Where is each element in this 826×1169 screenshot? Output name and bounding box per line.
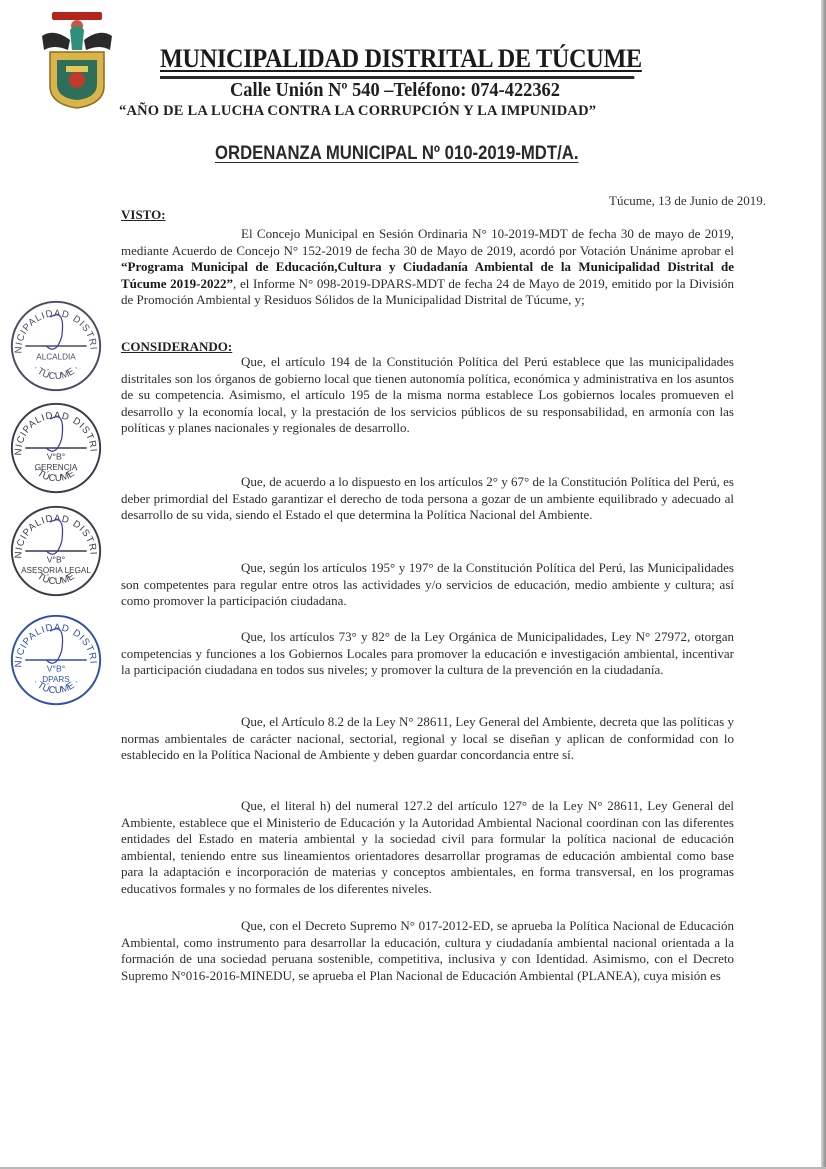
visto-paragraph: El Concejo Municipal en Sesión Ordinaria… bbox=[121, 226, 734, 309]
ordinance-title: ORDENANZA MUNICIPAL Nº 010-2019-MDT/A. bbox=[215, 143, 578, 165]
considerando-heading: CONSIDERANDO: bbox=[121, 339, 232, 355]
visto-text-1: El Concejo Municipal en Sesión Ordinaria… bbox=[121, 226, 734, 258]
coat-of-arms-icon bbox=[40, 10, 114, 110]
svg-text:DPARS: DPARS bbox=[42, 675, 70, 684]
considerando-paragraph-5: Que, el Artículo 8.2 de la Ley N° 28611,… bbox=[121, 714, 734, 764]
considerando-paragraph-1: Que, el artículo 194 de la Constitución … bbox=[121, 354, 734, 437]
considerando-paragraph-2: Que, de acuerdo a lo dispuesto en los ar… bbox=[121, 474, 734, 524]
svg-text:· TÚCUME ·: · TÚCUME · bbox=[31, 363, 82, 382]
svg-text:GERENCIA: GERENCIA bbox=[35, 463, 78, 472]
svg-text:V°B°: V°B° bbox=[47, 555, 65, 565]
considerando-paragraph-4: Que, los artículos 73° y 82° de la Ley O… bbox=[121, 629, 734, 679]
asesoria-legal-seal-icon: MUNICIPALIDAD DISTRITAL· TÚCUME ·V°B°ASE… bbox=[8, 503, 104, 599]
considerando-paragraph-7: Que, con el Decreto Supremo N° 017-2012-… bbox=[121, 918, 734, 984]
dpars-seal-icon: MUNICIPALIDAD DISTRITAL· TÚCUME ·V°B°DPA… bbox=[8, 612, 104, 708]
municipality-title: MUNICIPALIDAD DISTRITAL DE TÚCUME bbox=[160, 44, 634, 79]
year-motto: “AÑO DE LA LUCHA CONTRA LA CORRUPCIÓN Y … bbox=[119, 103, 596, 120]
considerando-paragraph-6: Que, el literal h) del numeral 127.2 del… bbox=[121, 798, 734, 898]
svg-text:ALCALDIA: ALCALDIA bbox=[36, 352, 76, 361]
svg-text:V°B°: V°B° bbox=[47, 452, 65, 462]
gerencia-seal-icon: MUNICIPALIDAD DISTRITAL· TÚCUME ·V°B°GER… bbox=[8, 400, 104, 496]
svg-text:V°B°: V°B° bbox=[47, 664, 65, 674]
svg-text:ASESORIA LEGAL: ASESORIA LEGAL bbox=[21, 566, 91, 575]
page-edge bbox=[821, 0, 826, 1169]
considerando-paragraph-3: Que, según los artículos 195° y 197° de … bbox=[121, 560, 734, 610]
alcaldia-seal-icon: MUNICIPALIDAD DISTRITAL· TÚCUME ·ALCALDI… bbox=[8, 298, 104, 394]
municipality-address: Calle Unión Nº 540 –Teléfono: 074-422362 bbox=[230, 79, 560, 102]
document-date: Túcume, 13 de Junio de 2019. bbox=[609, 193, 766, 209]
visto-heading: VISTO: bbox=[121, 207, 166, 223]
